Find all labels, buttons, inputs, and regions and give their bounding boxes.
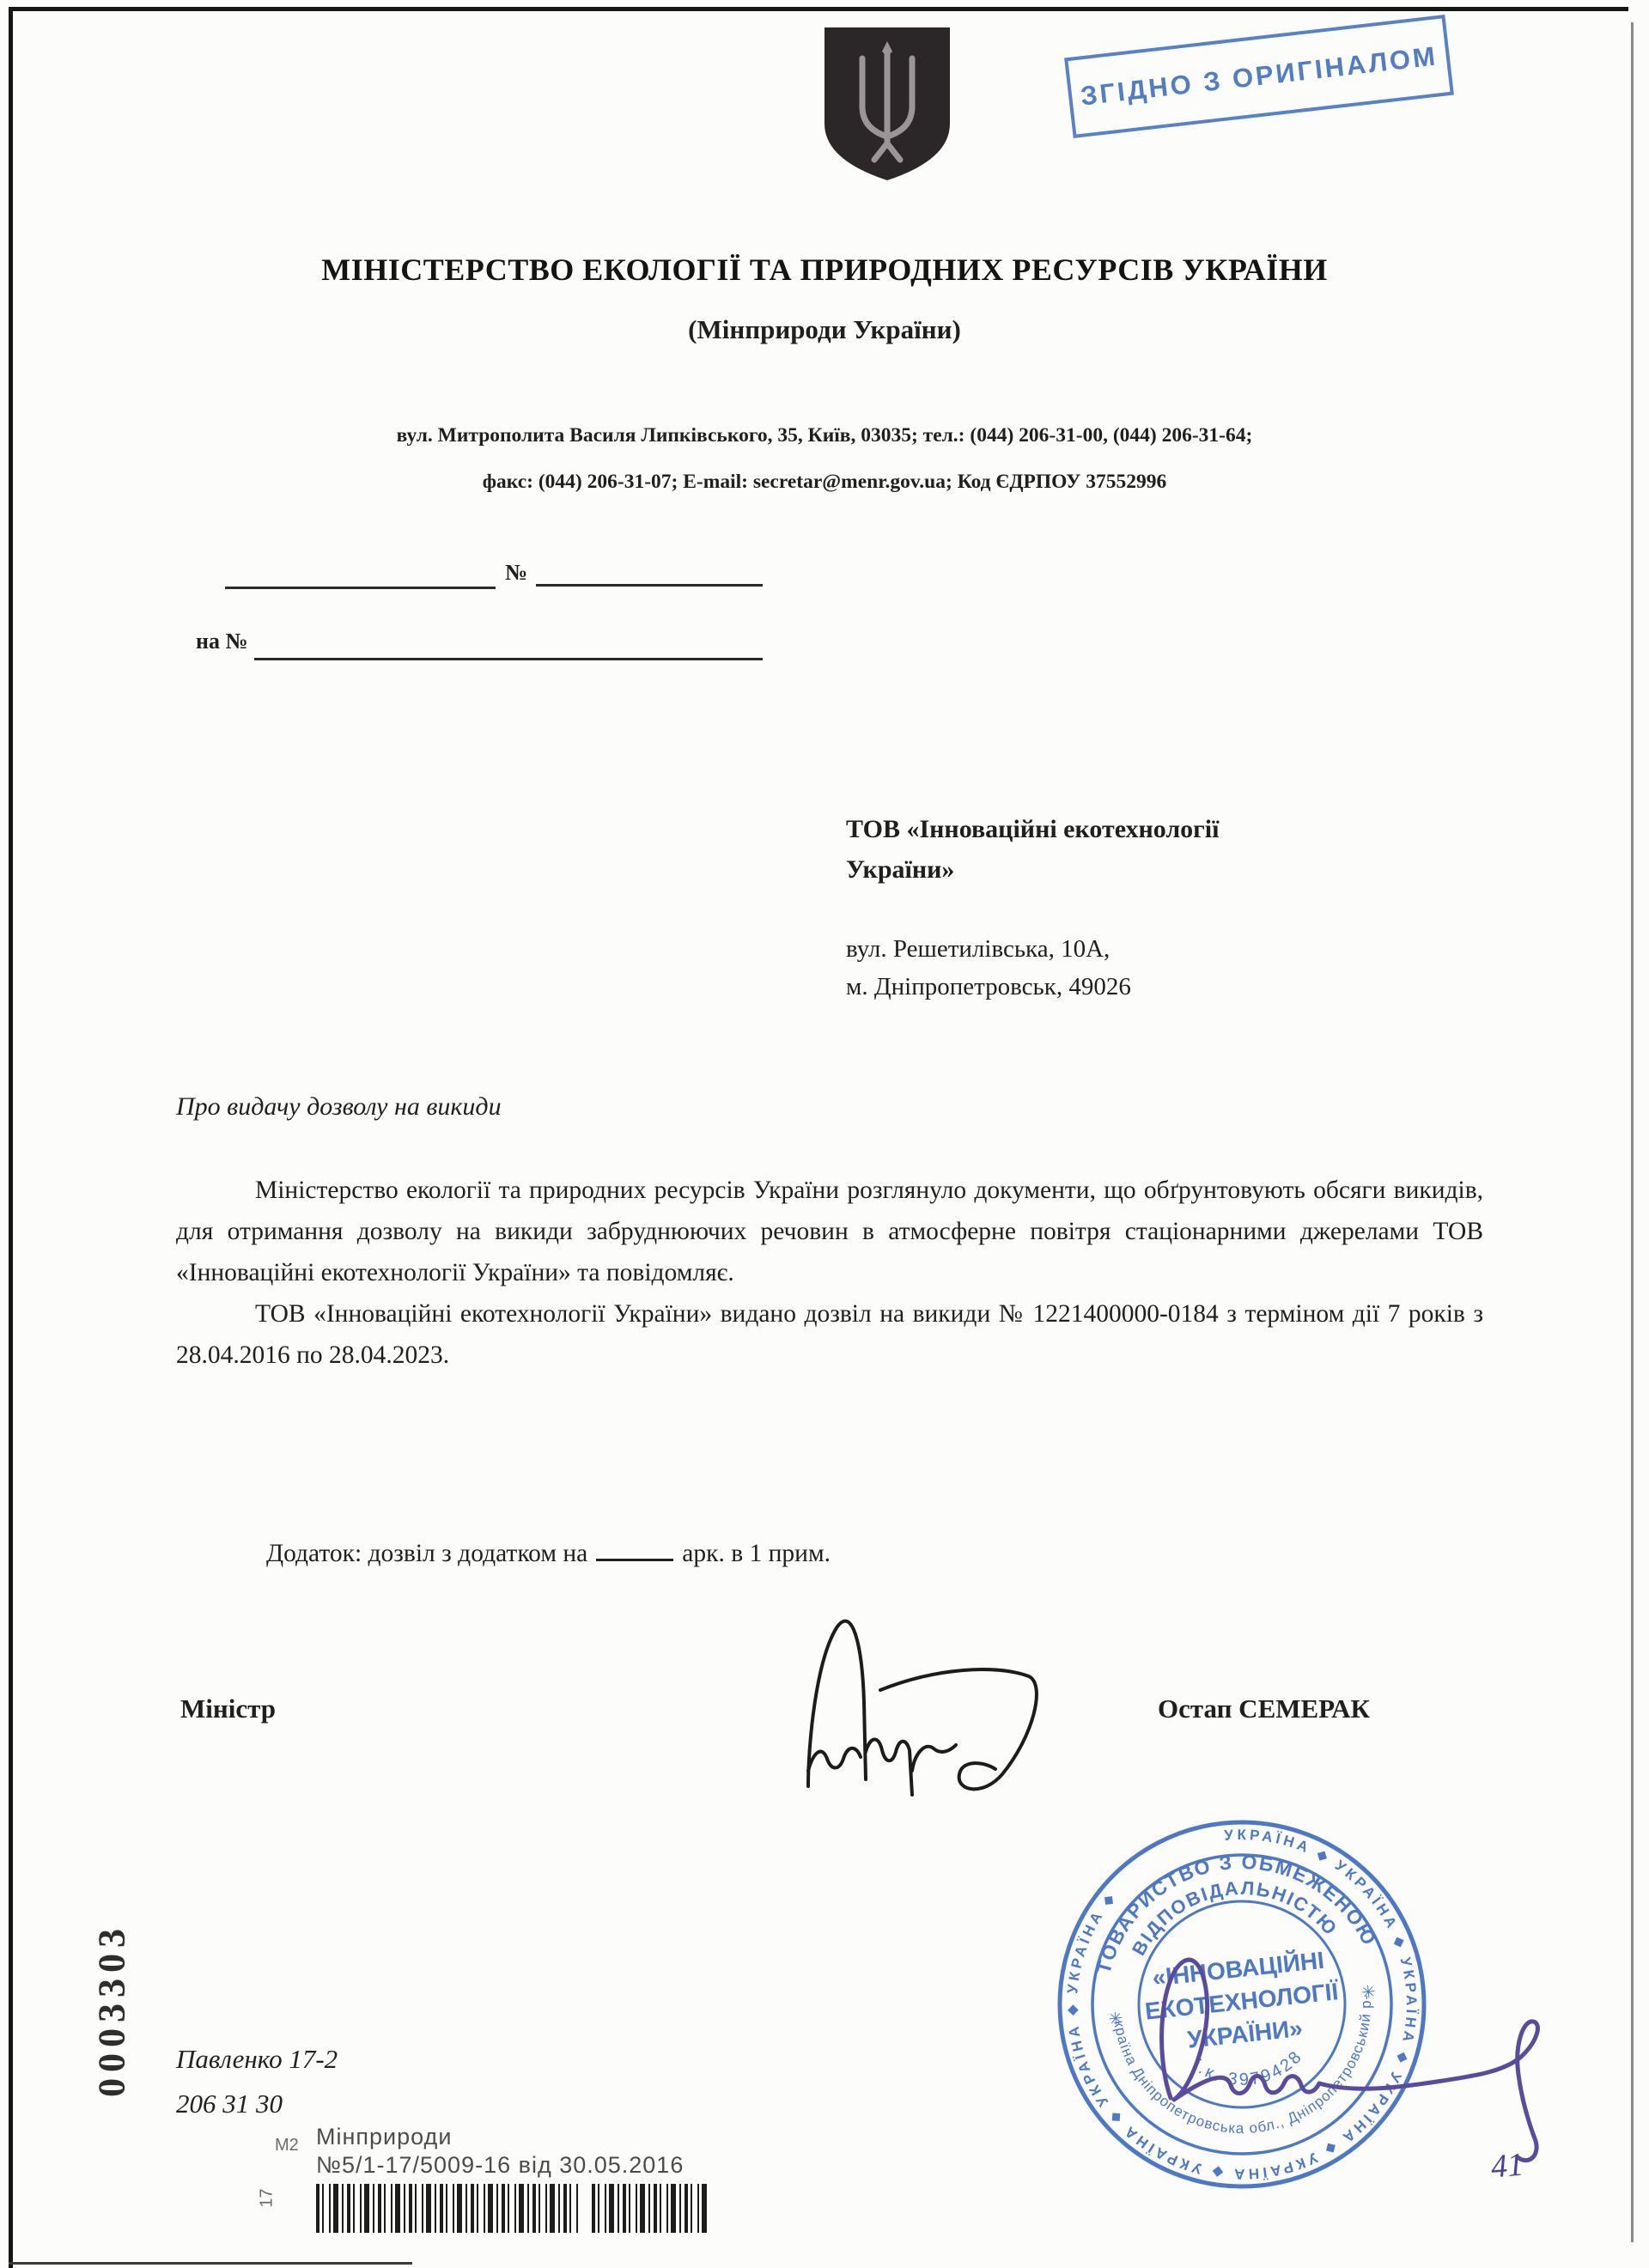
body-paragraph-1: Міністерство екології та природних ресур… — [176, 1170, 1483, 1293]
certified-copy-stamp: ЗГІДНО З ОРИГІНАЛОМ — [1064, 15, 1454, 138]
recipient-name-line2: України» — [846, 849, 1396, 890]
scan-edge-left — [9, 7, 13, 2268]
registration-barcode — [316, 2184, 707, 2233]
on-number-label: на № — [196, 629, 248, 654]
signer-name: Остап СЕМЕРАК — [1158, 1693, 1370, 1724]
scan-edge-top — [12, 7, 1628, 11]
side-number: 17 — [258, 2188, 277, 2207]
number-sign: № — [505, 560, 527, 586]
ministry-address-line2: факс: (044) 206-31-07; E-mail: secretar@… — [0, 471, 1649, 494]
attachment-prefix: Додаток: дозвіл з додатком на — [266, 1540, 587, 1567]
executor-block: Павленко 17-2 206 31 30 — [176, 2037, 338, 2126]
recipient-name-line1: ТОВ «Інноваційні екотехнології — [846, 809, 1396, 849]
recipient-block: ТОВ «Інноваційні екотехнології України» … — [846, 809, 1396, 1006]
scan-edge-bottom — [9, 2262, 412, 2265]
registration-number-line: №5/1-17/5009-16 від 30.05.2016 — [316, 2152, 684, 2179]
minister-signature — [777, 1608, 1069, 1818]
barcode-segment-1 — [316, 2184, 578, 2233]
registration-org-label: Мінприроди — [316, 2124, 452, 2150]
certified-copy-stamp-text: ЗГІДНО З ОРИГІНАЛОМ — [1079, 40, 1439, 112]
ministry-subtitle: (Мінприроди України) — [0, 314, 1649, 345]
attachment-blank — [596, 1559, 673, 1561]
director-signature — [1089, 1913, 1570, 2180]
ukraine-trident-emblem-icon — [818, 22, 957, 185]
date-blank-line — [225, 587, 496, 589]
letter-body: Міністерство екології та природних ресур… — [176, 1170, 1483, 1376]
handwritten-page-note: 41 — [1489, 2145, 1525, 2186]
recipient-address-line1: вул. Решетилівська, 10А, — [846, 930, 1396, 968]
vertical-control-number: 0003303 — [90, 1873, 134, 2148]
body-paragraph-2: ТОВ «Інноваційні екотехнології України» … — [176, 1293, 1483, 1376]
ministry-title: МІНІСТЕРСТВО ЕКОЛОГІЇ ТА ПРИРОДНИХ РЕСУР… — [0, 252, 1649, 288]
number-blank-line — [536, 584, 763, 587]
subject-line: Про видачу дозволу на викиди — [176, 1092, 949, 1122]
scan-edge-right — [1631, 22, 1634, 2242]
ministry-address-line1: вул. Митрополита Василя Липківського, 35… — [0, 424, 1649, 447]
recipient-address-line2: м. Дніпропетровськ, 49026 — [846, 968, 1396, 1006]
executor-name: Павленко 17-2 — [176, 2037, 338, 2082]
attachment-suffix: арк. в 1 прим. — [682, 1540, 831, 1567]
signer-position: Міністр — [180, 1693, 276, 1724]
on-number-blank-line — [254, 658, 763, 660]
executor-phone: 206 31 30 — [176, 2082, 338, 2126]
barcode-segment-2 — [592, 2184, 707, 2233]
scanned-letter-page: ЗГІДНО З ОРИГІНАЛОМ МІНІСТЕРСТВО ЕКОЛОГІ… — [0, 0, 1649, 2268]
m2-label: М2 — [275, 2136, 299, 2156]
attachment-line: Додаток: дозвіл з додатком наарк. в 1 пр… — [266, 1540, 831, 1568]
